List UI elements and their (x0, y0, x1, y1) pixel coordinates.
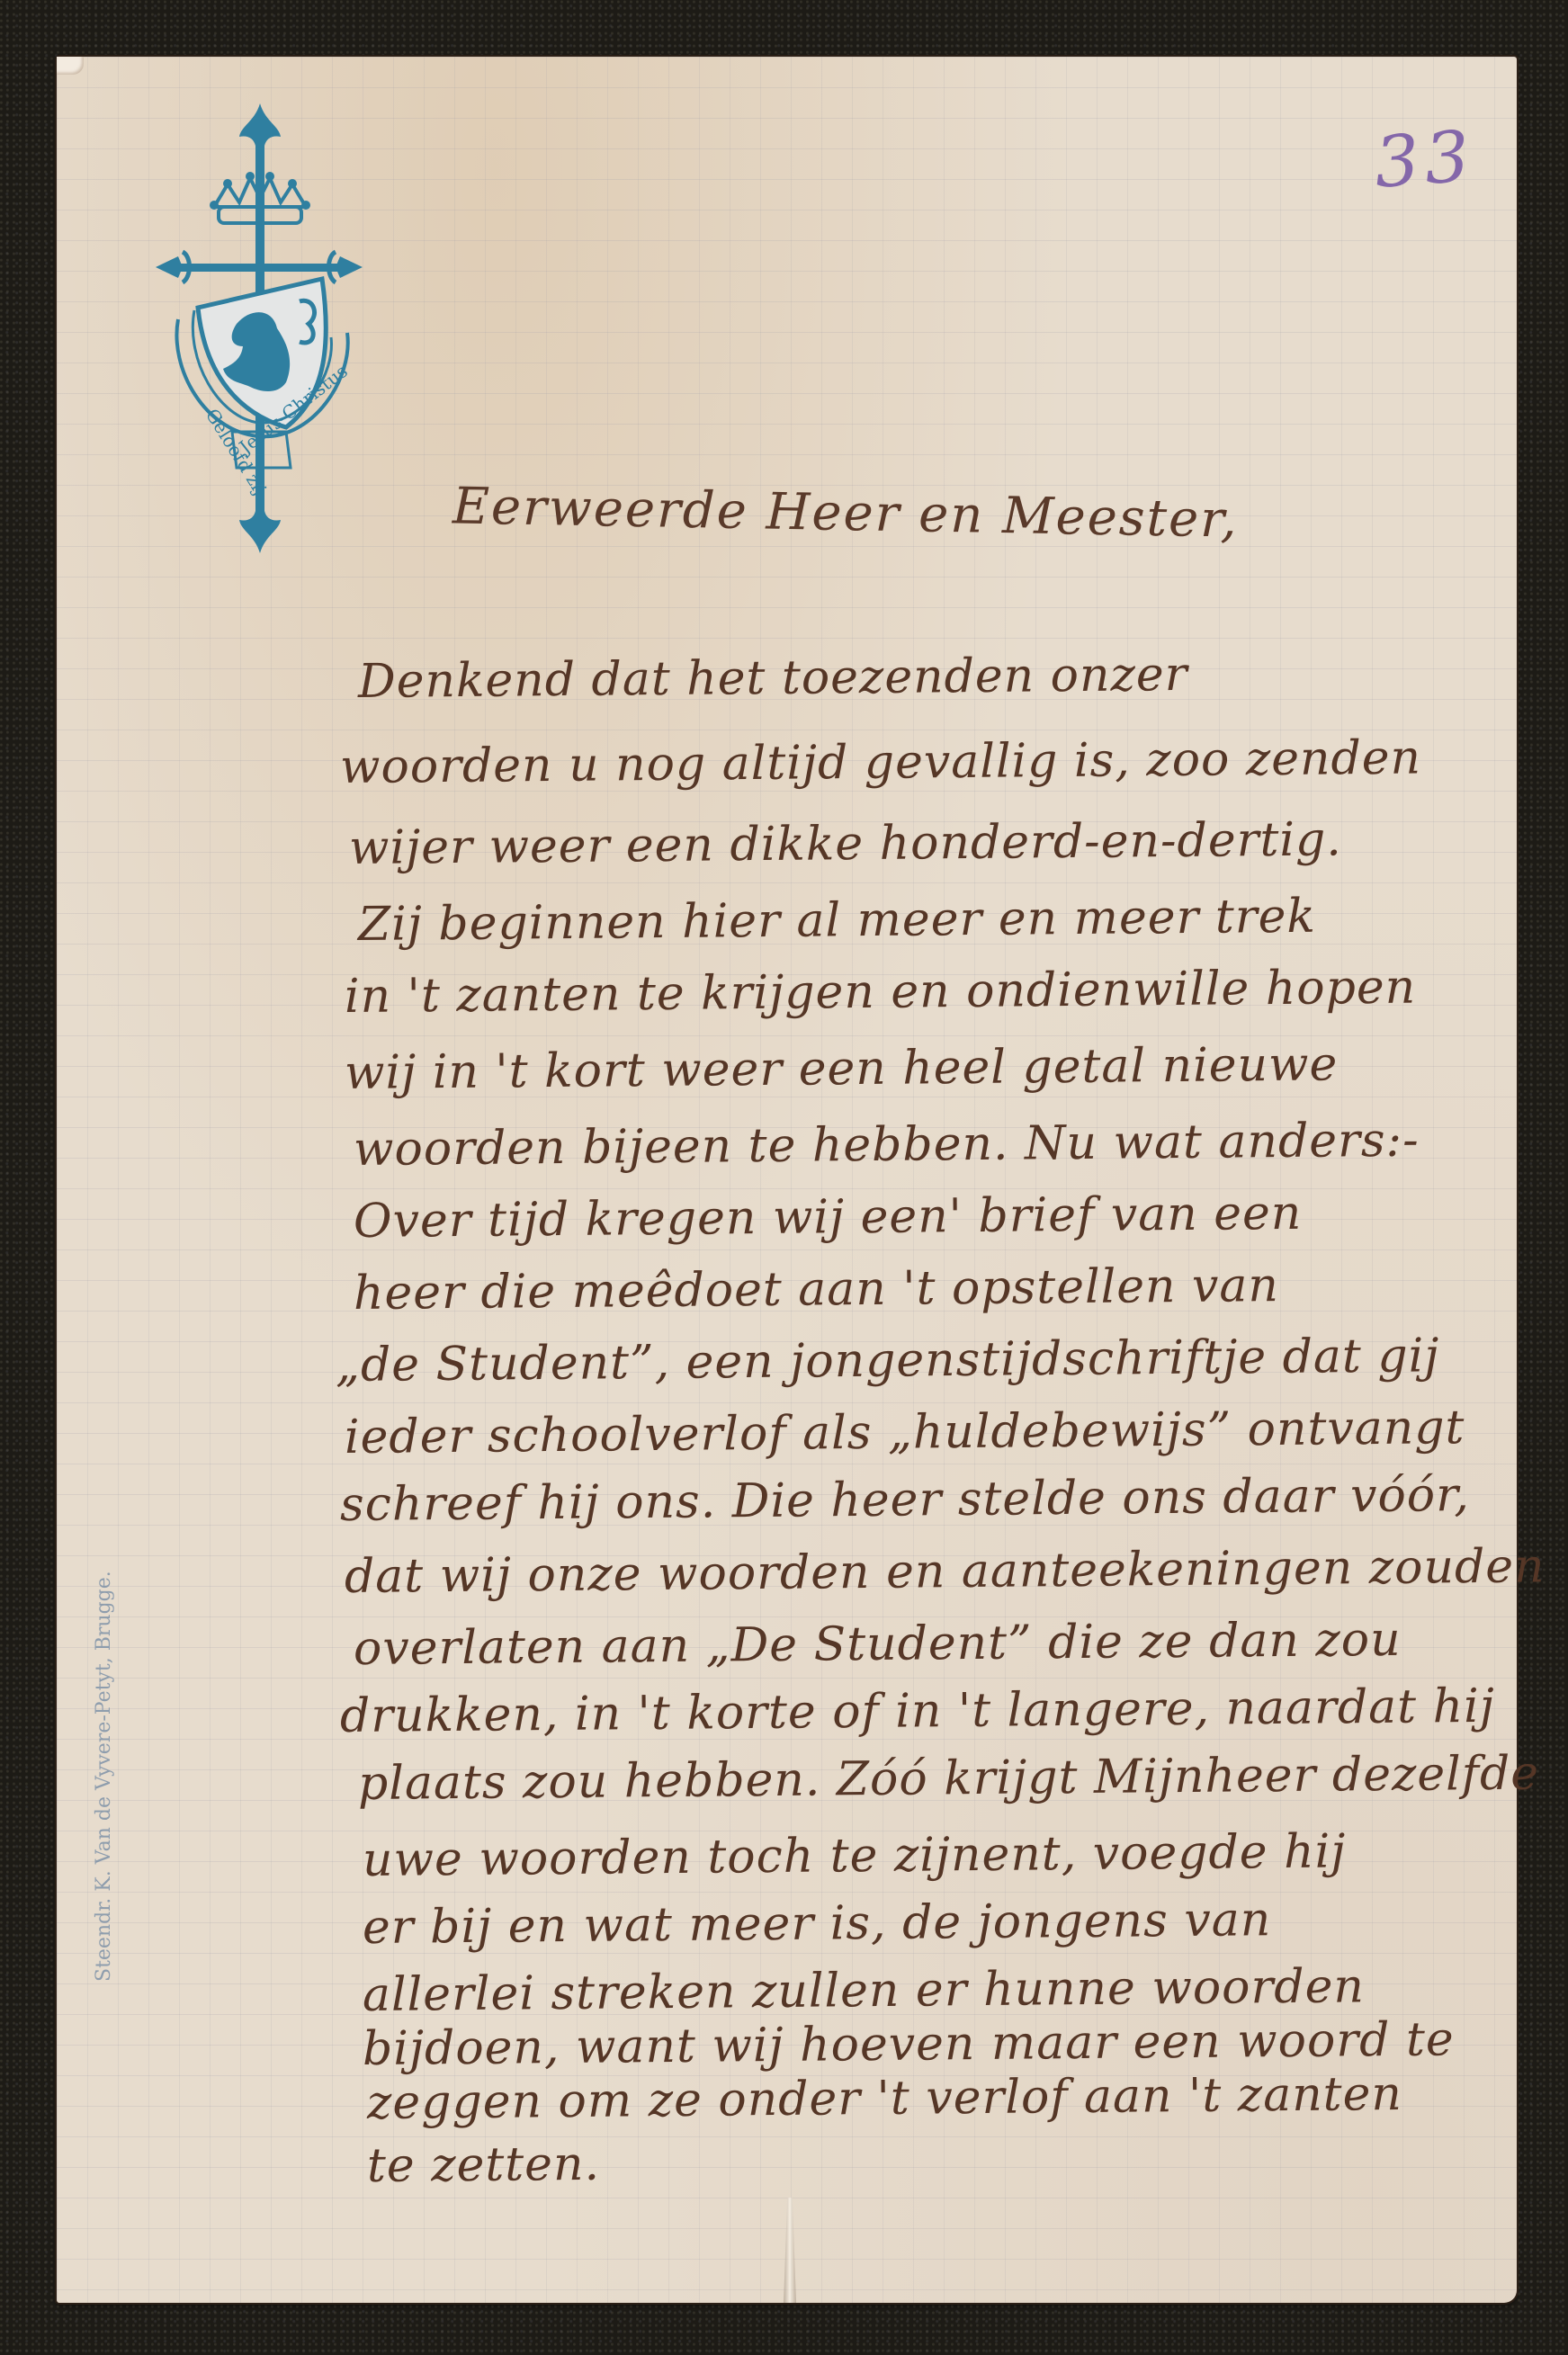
letter-line: schreef hij ons. Die heer stelde ons daa… (340, 1468, 1470, 1532)
letter-line: overlaten aan „De Student” die ze dan zo… (354, 1613, 1402, 1676)
letter-line: bijdoen, want wij hoeven maar een woord … (363, 2012, 1455, 2076)
letter-line: er bij en wat meer is, de jongens van (363, 1893, 1272, 1955)
letter-line: Zij beginnen hier al meer en meer trek (358, 890, 1316, 952)
letter-line: heer die meêdoet aan 't opstellen van (354, 1258, 1279, 1321)
letter-line: zeggen om ze onder 't verlof aan 't zant… (367, 2067, 1402, 2130)
letter-line: te zetten. (367, 2137, 600, 2193)
letter-line: Over tijd kregen wij een' brief van een (354, 1186, 1303, 1249)
letter-body: Denkend dat het toezenden onzer woorden … (57, 57, 1517, 2303)
letter-line: wijer weer een dikke honderd-en-dertig. (349, 812, 1342, 875)
letter-line: allerlei streken zullen er hunne woorden (363, 1959, 1365, 2022)
letter-line: dat wij onze woorden en aanteekeningen z… (345, 1539, 1546, 1604)
letter-line: wij in 't kort weer een heel getal nieuw… (345, 1037, 1339, 1100)
letter-line: ieder schoolverlof als „huldebewijs” ont… (345, 1401, 1465, 1464)
letter-line: plaats zou hebben. Zóó krijgt Mijnheer d… (358, 1747, 1540, 1811)
letter-line: uwe woorden toch te zijnent, voegde hij (363, 1824, 1347, 1887)
letter-sheet: Geloofd zij Jesus-Christus 33 Steendr. K… (57, 57, 1517, 2303)
letter-line: drukken, in 't korte of in 't langere, n… (340, 1679, 1495, 1743)
letter-line: in 't zanten te krijgen en ondienwille h… (345, 961, 1417, 1024)
letter-line: Denkend dat het toezenden onzer (358, 648, 1188, 709)
letter-line: woorden bijeen te hebben. Nu wat anders:… (354, 1114, 1420, 1177)
letter-line: „de Student”, een jongenstijdschriftje d… (336, 1329, 1440, 1392)
letter-line: woorden u nog altijd gevallig is, zoo ze… (340, 731, 1422, 794)
